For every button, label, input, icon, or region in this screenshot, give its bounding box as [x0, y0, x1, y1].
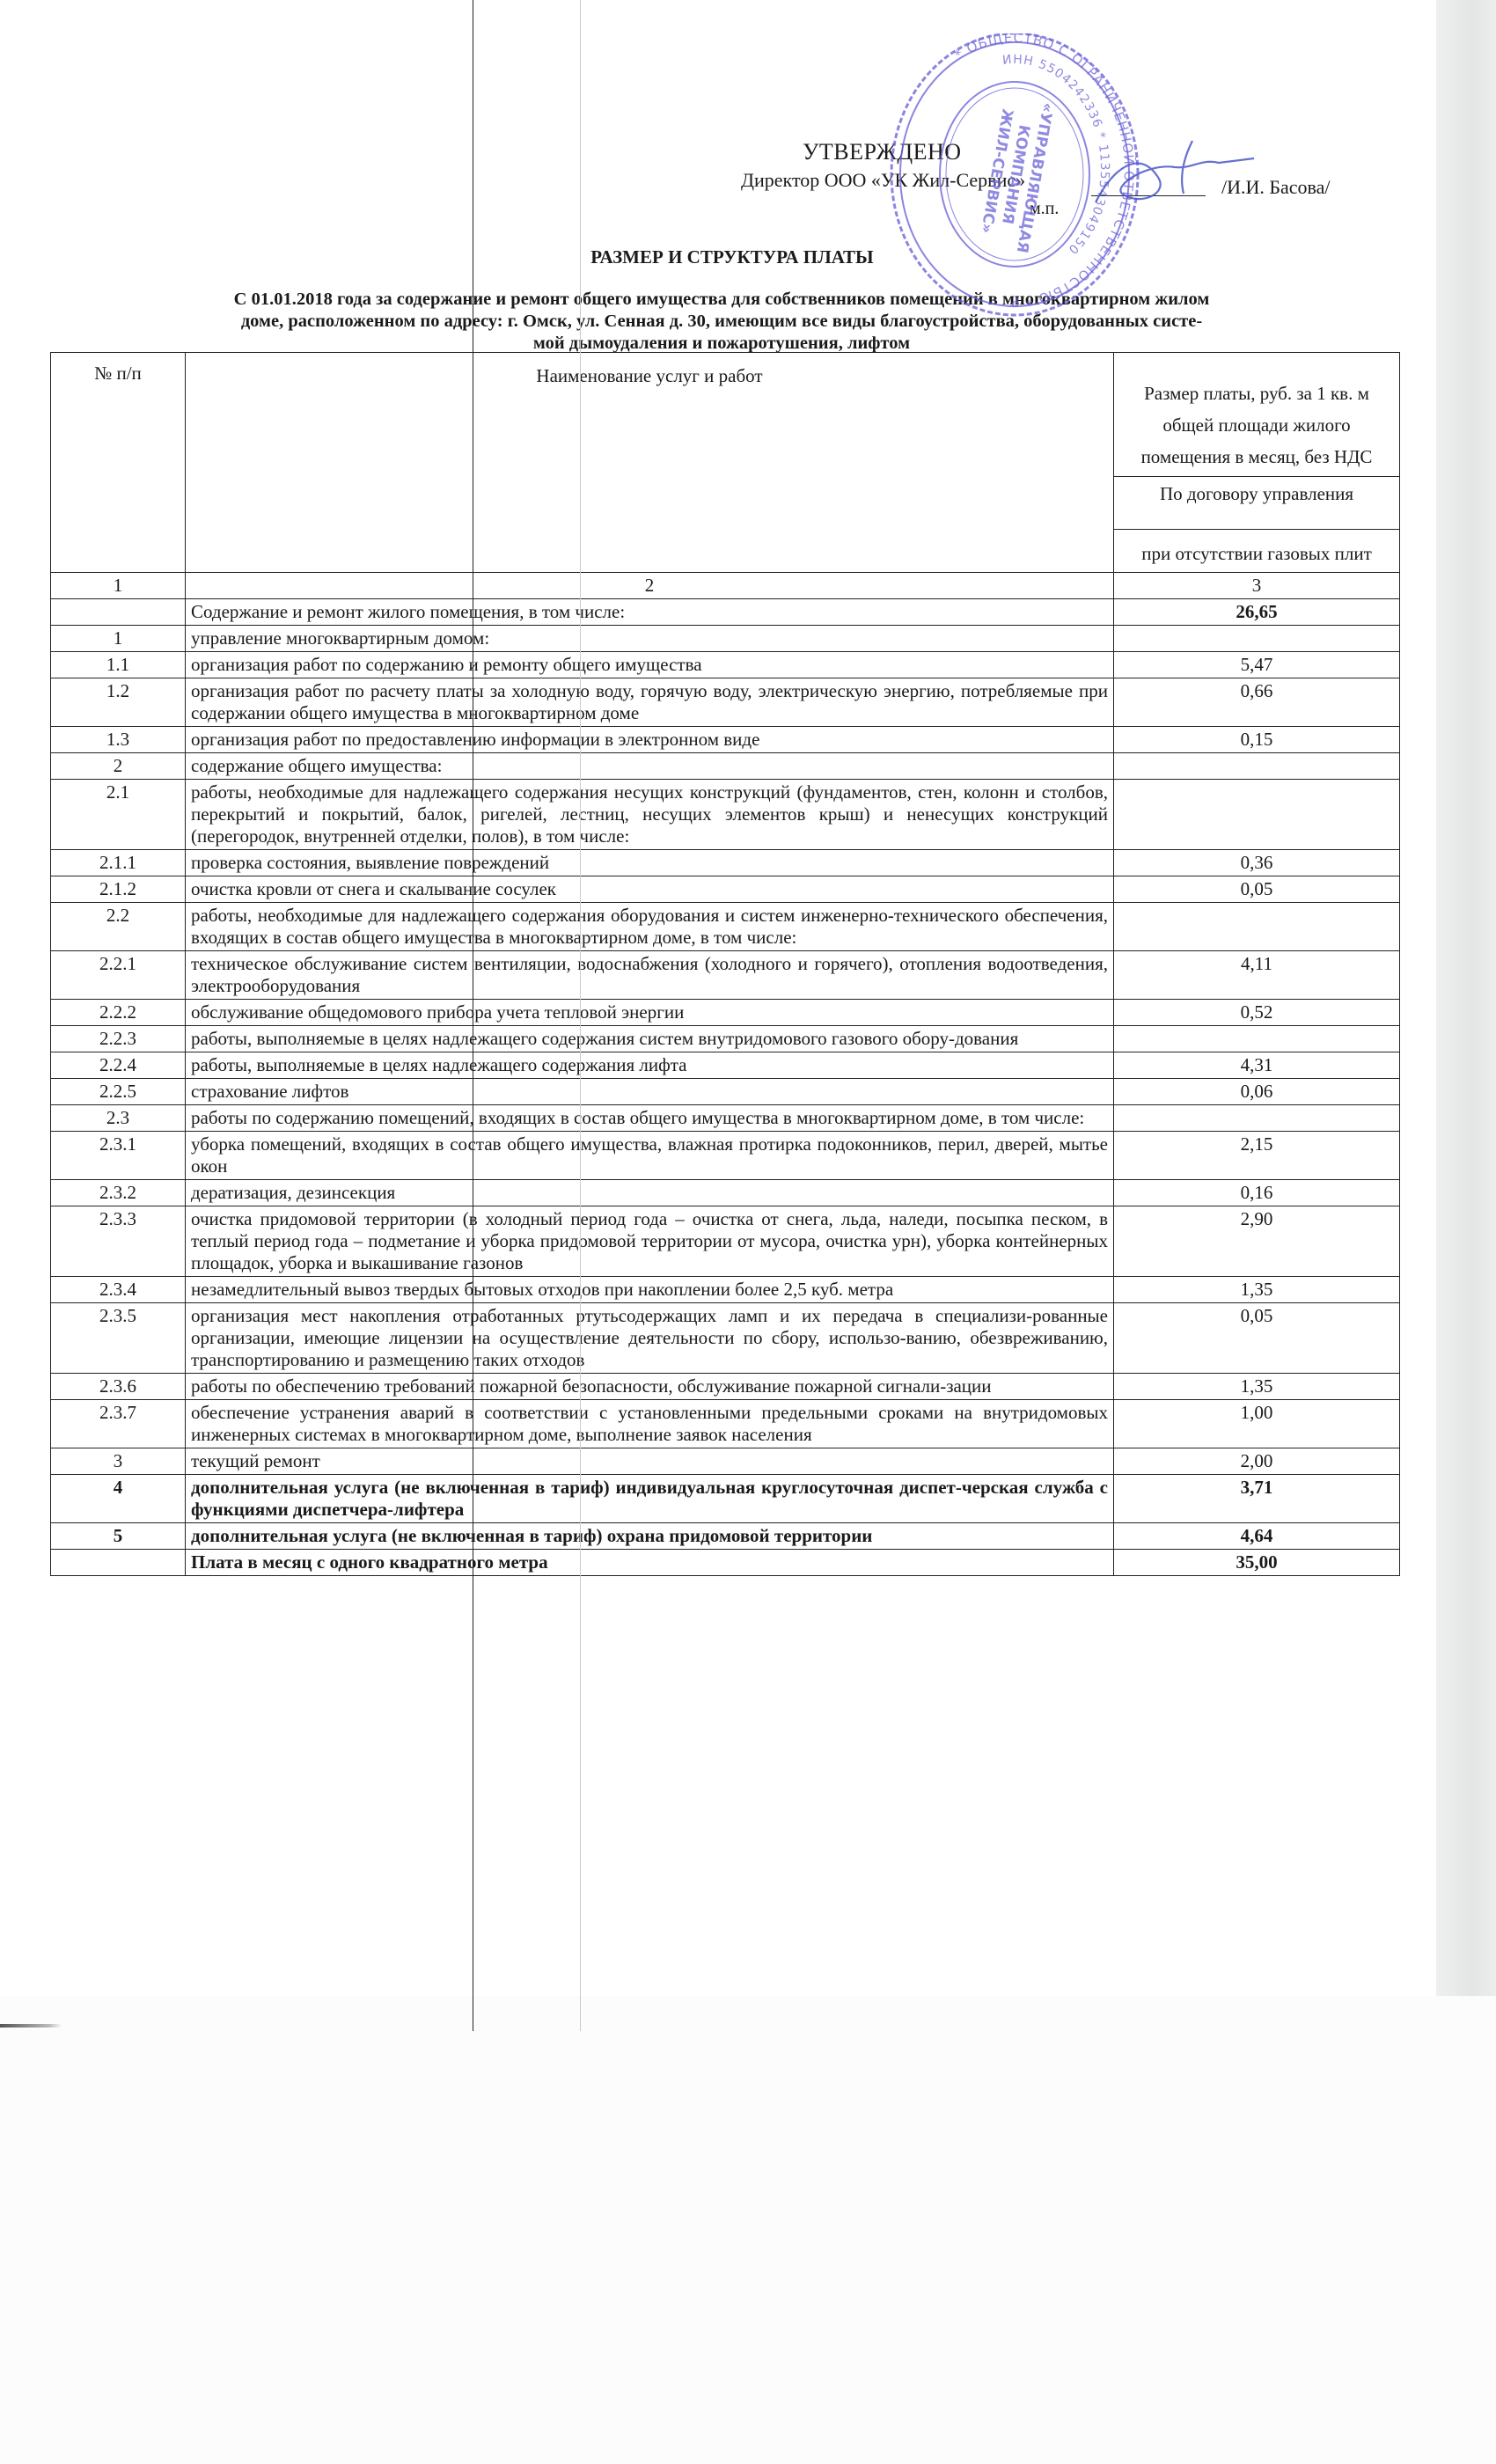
row-service-name: Плата в месяц с одного квадратного метра [186, 1550, 1114, 1576]
row-fee-value [1114, 626, 1400, 652]
row-number: 2.2.4 [51, 1052, 186, 1079]
table-row: 2.3.3очистка придомовой территории (в хо… [51, 1206, 1400, 1277]
row-fee-value: 0,05 [1114, 1303, 1400, 1374]
row-service-name: организация работ по предоставлению инфо… [186, 727, 1114, 753]
row-service-name: работы, необходимые для надлежащего соде… [186, 903, 1114, 951]
row-number: 2.1.2 [51, 876, 186, 903]
table-row: 2.3.2дератизация, дезинсекция0,16 [51, 1180, 1400, 1206]
table-row: 2содержание общего имущества: [51, 753, 1400, 780]
row-number: 4 [51, 1475, 186, 1523]
row-number: 2.3.6 [51, 1374, 186, 1400]
row-service-name: содержание общего имущества: [186, 753, 1114, 780]
row-number: 5 [51, 1523, 186, 1550]
row-fee-value: 1,35 [1114, 1277, 1400, 1303]
row-fee-value: 35,00 [1114, 1550, 1400, 1576]
table-row: 2.2.4работы, выполняемые в целях надлежа… [51, 1052, 1400, 1079]
row-fee-value: 2,00 [1114, 1448, 1400, 1475]
row-service-name: незамедлительный вывоз твердых бытовых о… [186, 1277, 1114, 1303]
row-service-name: уборка помещений, входящих в состав обще… [186, 1132, 1114, 1180]
row-fee-value: 4,64 [1114, 1523, 1400, 1550]
table-row: 5дополнительная услуга (не включенная в … [51, 1523, 1400, 1550]
table-row: 1.1организация работ по содержанию и рем… [51, 652, 1400, 678]
row-service-name: организация работ по содержанию и ремонт… [186, 652, 1114, 678]
row-number: 1.1 [51, 652, 186, 678]
scan-artifact-line [473, 0, 473, 2031]
row-service-name: техническое обслуживание систем вентиляц… [186, 951, 1114, 1000]
column-number: 2 [186, 573, 1114, 599]
table-row: 2.1.2очистка кровли от снега и скалывани… [51, 876, 1400, 903]
row-fee-value: 0,36 [1114, 850, 1400, 876]
row-number: 2.2.5 [51, 1079, 186, 1105]
table-row: 3текущий ремонт2,00 [51, 1448, 1400, 1475]
header-row: № п/п Наименование услуг и работ Размер … [51, 353, 1400, 477]
row-fee-value: 3,71 [1114, 1475, 1400, 1523]
row-number: 2.3.1 [51, 1132, 186, 1180]
scanner-bed [0, 1996, 1496, 2464]
table-row: 4дополнительная услуга (не включенная в … [51, 1475, 1400, 1523]
row-service-name: управление многоквартирным домом: [186, 626, 1114, 652]
row-fee-value: 5,47 [1114, 652, 1400, 678]
row-service-name: организация работ по расчету платы за хо… [186, 678, 1114, 727]
row-fee-value: 0,16 [1114, 1180, 1400, 1206]
header-contract: По договору управления [1114, 477, 1400, 530]
row-number: 1 [51, 626, 186, 652]
row-fee-value: 0,66 [1114, 678, 1400, 727]
column-number: 3 [1114, 573, 1400, 599]
table-row: 1.3организация работ по предоставлению и… [51, 727, 1400, 753]
row-number: 2.1.1 [51, 850, 186, 876]
table-row: Содержание и ремонт жилого помещения, в … [51, 599, 1400, 626]
seal-mark: м.п. [1030, 199, 1059, 219]
row-service-name: проверка состояния, выявление повреждени… [186, 850, 1114, 876]
row-fee-value: 4,11 [1114, 951, 1400, 1000]
row-number: 2.2.2 [51, 1000, 186, 1026]
table-row: 2.2.3работы, выполняемые в целях надлежа… [51, 1026, 1400, 1052]
table-row: 2.3.5организация мест накопления отработ… [51, 1303, 1400, 1374]
director-line: Директор ООО «УК Жил-Сервис» [741, 169, 1025, 192]
row-number: 1.2 [51, 678, 186, 727]
header-name: Наименование услуг и работ [186, 353, 1114, 573]
row-fee-value: 26,65 [1114, 599, 1400, 626]
fee-structure-table: № п/п Наименование услуг и работ Размер … [50, 352, 1400, 1576]
row-fee-value: 1,35 [1114, 1374, 1400, 1400]
table-row: 2.3.1уборка помещений, входящих в состав… [51, 1132, 1400, 1180]
row-service-name: работы, выполняемые в целях надлежащего … [186, 1026, 1114, 1052]
header-num: № п/п [51, 353, 186, 573]
row-fee-value [1114, 1026, 1400, 1052]
document-subtitle: С 01.01.2018 года за содержание и ремонт… [106, 289, 1338, 355]
document-title: РАЗМЕР И СТРУКТУРА ПЛАТЫ [0, 246, 1436, 268]
table-row: 2.2.1техническое обслуживание систем вен… [51, 951, 1400, 1000]
row-number: 2.2.1 [51, 951, 186, 1000]
row-number: 2.3.5 [51, 1303, 186, 1374]
row-fee-value [1114, 753, 1400, 780]
row-service-name: дополнительная услуга (не включенная в т… [186, 1523, 1114, 1550]
row-service-name: работы, необходимые для надлежащего соде… [186, 780, 1114, 850]
row-number: 2.3.4 [51, 1277, 186, 1303]
row-number: 1.3 [51, 727, 186, 753]
row-service-name: очистка кровли от снега и скалывание сос… [186, 876, 1114, 903]
row-fee-value [1114, 780, 1400, 850]
row-number [51, 1550, 186, 1576]
scan-artifact-line [580, 0, 581, 2031]
row-fee-value: 2,15 [1114, 1132, 1400, 1180]
table-row: 2.3работы по содержанию помещений, входя… [51, 1105, 1400, 1132]
row-service-name: текущий ремонт [186, 1448, 1114, 1475]
column-number: 1 [51, 573, 186, 599]
row-number: 2.3.3 [51, 1206, 186, 1277]
row-service-name: работы по содержанию помещений, входящих… [186, 1105, 1114, 1132]
row-service-name: обслуживание общедомового прибора учета … [186, 1000, 1114, 1026]
row-fee-value [1114, 903, 1400, 951]
table-row: 1управление многоквартирным домом: [51, 626, 1400, 652]
table-row: 2.2.5страхование лифтов0,06 [51, 1079, 1400, 1105]
row-number: 2.1 [51, 780, 186, 850]
scanner-margin [1436, 0, 1496, 1996]
approved-label: УТВЕРЖДЕНО [803, 139, 962, 165]
row-fee-value: 2,90 [1114, 1206, 1400, 1277]
row-fee-value: 0,15 [1114, 727, 1400, 753]
header-condition: при отсутствии газовых плит [1114, 530, 1400, 573]
row-service-name: дератизация, дезинсекция [186, 1180, 1114, 1206]
table-row: 2.3.4незамедлительный вывоз твердых быто… [51, 1277, 1400, 1303]
row-fee-value [1114, 1105, 1400, 1132]
row-number: 2 [51, 753, 186, 780]
row-fee-value: 0,52 [1114, 1000, 1400, 1026]
table-row: 2.3.6работы по обеспечению требований по… [51, 1374, 1400, 1400]
row-service-name: очистка придомовой территории (в холодны… [186, 1206, 1114, 1277]
table-row: 2.1.1проверка состояния, выявление повре… [51, 850, 1400, 876]
table-row: 1.2организация работ по расчету платы за… [51, 678, 1400, 727]
table-row: 2.3.7обеспечение устранения аварий в соо… [51, 1400, 1400, 1448]
row-service-name: обеспечение устранения аварий в соответс… [186, 1400, 1114, 1448]
signatory-name: /И.И. Басова/ [1221, 176, 1331, 199]
row-service-name: дополнительная услуга (не включенная в т… [186, 1475, 1114, 1523]
row-service-name: работы, выполняемые в целях надлежащего … [186, 1052, 1114, 1079]
row-service-name: организация мест накопления отработанных… [186, 1303, 1114, 1374]
table-row: 2.2.2обслуживание общедомового прибора у… [51, 1000, 1400, 1026]
table-row: 2.1работы, необходимые для надлежащего с… [51, 780, 1400, 850]
row-number [51, 599, 186, 626]
row-service-name: Содержание и ремонт жилого помещения, в … [186, 599, 1114, 626]
page-edge-shadow [0, 2024, 62, 2028]
subtitle-line: доме, расположенном по адресу: г. Омск, … [106, 311, 1338, 333]
row-fee-value: 0,06 [1114, 1079, 1400, 1105]
row-number: 2.2 [51, 903, 186, 951]
signature-line [1091, 195, 1206, 196]
row-service-name: страхование лифтов [186, 1079, 1114, 1105]
table-row: 2.2работы, необходимые для надлежащего с… [51, 903, 1400, 951]
row-number: 2.3.2 [51, 1180, 186, 1206]
column-number-row: 1 2 3 [51, 573, 1400, 599]
row-number: 3 [51, 1448, 186, 1475]
row-fee-value: 4,31 [1114, 1052, 1400, 1079]
row-fee-value: 1,00 [1114, 1400, 1400, 1448]
table-row: Плата в месяц с одного квадратного метра… [51, 1550, 1400, 1576]
row-number: 2.2.3 [51, 1026, 186, 1052]
row-number: 2.3.7 [51, 1400, 186, 1448]
row-service-name: работы по обеспечению требований пожарно… [186, 1374, 1114, 1400]
row-number: 2.3 [51, 1105, 186, 1132]
header-price: Размер платы, руб. за 1 кв. м общей площ… [1114, 353, 1400, 477]
subtitle-line: С 01.01.2018 года за содержание и ремонт… [106, 289, 1338, 311]
row-fee-value: 0,05 [1114, 876, 1400, 903]
